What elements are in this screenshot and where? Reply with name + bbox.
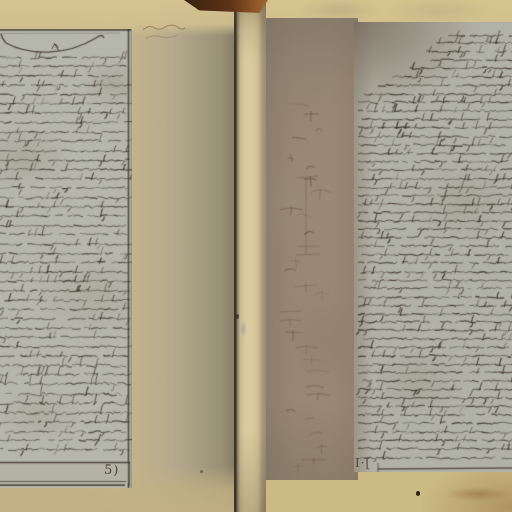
ink-speck-small xyxy=(200,470,203,473)
stain-smudge xyxy=(446,487,510,501)
right-page-footer-mark: I·[ xyxy=(355,456,371,470)
right-page-script-canvas xyxy=(354,22,512,472)
left-page-signature-mark: 5) xyxy=(104,463,120,479)
gutter-smudge xyxy=(240,320,247,338)
right-page-marginalia-canvas xyxy=(266,18,358,480)
manuscript-photograph: 5) I·[ xyxy=(0,0,512,512)
left-page-corner-inscription xyxy=(140,21,188,45)
gutter-speck xyxy=(236,314,239,319)
left-page-script-canvas xyxy=(0,29,132,488)
ink-speck xyxy=(416,491,420,496)
book-spine-gutter xyxy=(234,0,268,512)
